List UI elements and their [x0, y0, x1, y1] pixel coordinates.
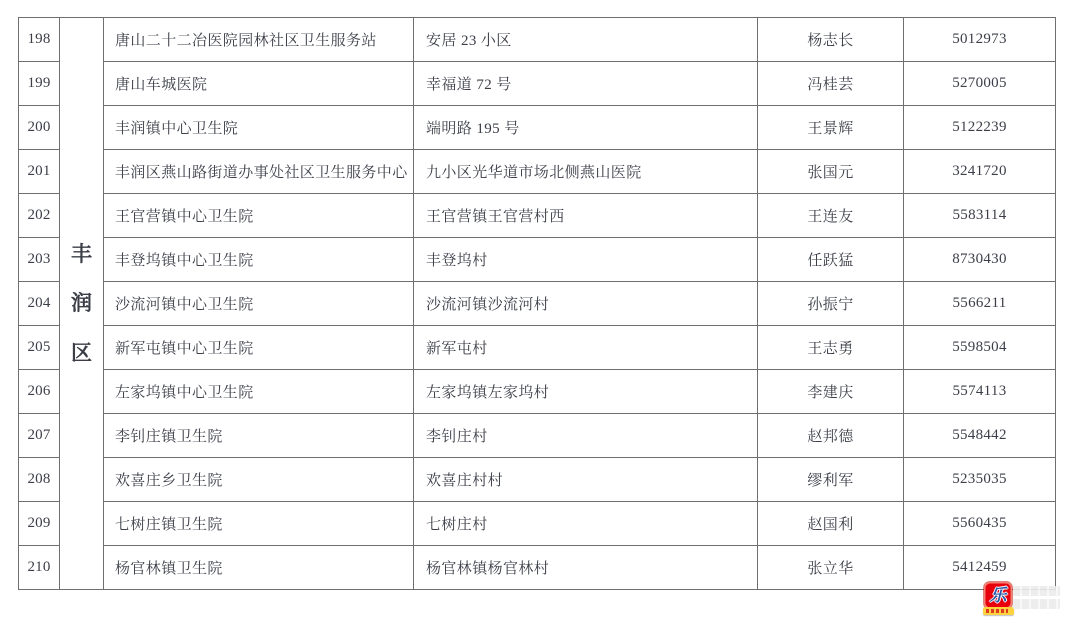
contact-cell: 张立华	[758, 546, 904, 590]
phone-cell: 5548442	[904, 414, 1056, 458]
table-row: 205新军屯镇中心卫生院新军屯村王志勇5598504	[19, 326, 1056, 370]
phone-cell: 5412459	[904, 546, 1056, 590]
phone-cell: 5598504	[904, 326, 1056, 370]
address-cell: 新军屯村	[414, 326, 758, 370]
table-row: 209七树庄镇卫生院七树庄村赵国利5560435	[19, 502, 1056, 546]
address-cell: 安居 23 小区	[414, 18, 758, 62]
row-index-cell: 201	[19, 150, 60, 194]
table-row: 198丰润区唐山二十二冶医院园林社区卫生服务站安居 23 小区杨志长501297…	[19, 18, 1056, 62]
district-merged-cell: 丰润区	[60, 18, 104, 590]
row-index-cell: 204	[19, 282, 60, 326]
table-row: 208欢喜庄乡卫生院欢喜庄村村缪利军5235035	[19, 458, 1056, 502]
institution-name-cell: 左家坞镇中心卫生院	[104, 370, 414, 414]
institution-name-cell: 王官营镇中心卫生院	[104, 194, 414, 238]
institution-name-cell: 沙流河镇中心卫生院	[104, 282, 414, 326]
contact-cell: 李建庆	[758, 370, 904, 414]
phone-cell: 3241720	[904, 150, 1056, 194]
row-index-cell: 207	[19, 414, 60, 458]
table-row: 199唐山车城医院幸福道 72 号冯桂芸5270005	[19, 62, 1056, 106]
address-cell: 李钊庄村	[414, 414, 758, 458]
institution-name-cell: 杨官林镇卫生院	[104, 546, 414, 590]
table-row: 204沙流河镇中心卫生院沙流河镇沙流河村孙振宁5566211	[19, 282, 1056, 326]
contact-cell: 赵国利	[758, 502, 904, 546]
phone-cell: 5012973	[904, 18, 1056, 62]
logo-yellow-banner	[983, 607, 1014, 615]
institution-name-cell: 丰润镇中心卫生院	[104, 106, 414, 150]
row-index-cell: 210	[19, 546, 60, 590]
address-cell: 幸福道 72 号	[414, 62, 758, 106]
table-row: 203丰登坞镇中心卫生院丰登坞村任跃猛8730430	[19, 238, 1056, 282]
row-index-cell: 199	[19, 62, 60, 106]
table-row: 201丰润区燕山路街道办事处社区卫生服务中心九小区光华道市场北侧燕山医院张国元3…	[19, 150, 1056, 194]
row-index-cell: 200	[19, 106, 60, 150]
logo-red-box: 乐	[984, 582, 1012, 609]
contact-cell: 缪利军	[758, 458, 904, 502]
row-index-cell: 198	[19, 18, 60, 62]
district-char: 丰	[71, 243, 92, 265]
health-institution-table: 198丰润区唐山二十二冶医院园林社区卫生服务站安居 23 小区杨志长501297…	[18, 17, 1056, 590]
district-char: 润	[71, 292, 92, 314]
contact-cell: 张国元	[758, 150, 904, 194]
row-index-cell: 206	[19, 370, 60, 414]
address-cell: 七树庄村	[414, 502, 758, 546]
institution-name-cell: 欢喜庄乡卫生院	[104, 458, 414, 502]
table-row: 200丰润镇中心卫生院端明路 195 号王景辉5122239	[19, 106, 1056, 150]
watermark-app-logo: 乐	[984, 582, 1012, 615]
phone-cell: 5574113	[904, 370, 1056, 414]
address-cell: 九小区光华道市场北侧燕山医院	[414, 150, 758, 194]
phone-cell: 5560435	[904, 502, 1056, 546]
table-row: 206左家坞镇中心卫生院左家坞镇左家坞村李建庆5574113	[19, 370, 1056, 414]
address-cell: 丰登坞村	[414, 238, 758, 282]
institution-name-cell: 七树庄镇卫生院	[104, 502, 414, 546]
address-cell: 王官营镇王官营村西	[414, 194, 758, 238]
institution-name-cell: 丰润区燕山路街道办事处社区卫生服务中心	[104, 150, 414, 194]
contact-cell: 杨志长	[758, 18, 904, 62]
table-row: 202王官营镇中心卫生院王官营镇王官营村西王连友5583114	[19, 194, 1056, 238]
institution-name-cell: 唐山二十二冶医院园林社区卫生服务站	[104, 18, 414, 62]
address-cell: 左家坞镇左家坞村	[414, 370, 758, 414]
faint-watermark-line	[1013, 586, 1060, 596]
contact-cell: 王志勇	[758, 326, 904, 370]
table-row: 207李钊庄镇卫生院李钊庄村赵邦德5548442	[19, 414, 1056, 458]
address-cell: 欢喜庄村村	[414, 458, 758, 502]
faint-watermark-line	[1013, 599, 1060, 609]
health-institution-table-wrap: 198丰润区唐山二十二冶医院园林社区卫生服务站安居 23 小区杨志长501297…	[18, 17, 1056, 590]
table-row: 210杨官林镇卫生院杨官林镇杨官林村张立华5412459	[19, 546, 1056, 590]
district-vertical-label: 丰润区	[60, 243, 103, 363]
row-index-cell: 202	[19, 194, 60, 238]
institution-name-cell: 李钊庄镇卫生院	[104, 414, 414, 458]
institution-name-cell: 新军屯镇中心卫生院	[104, 326, 414, 370]
phone-cell: 5583114	[904, 194, 1056, 238]
institution-name-cell: 丰登坞镇中心卫生院	[104, 238, 414, 282]
row-index-cell: 205	[19, 326, 60, 370]
row-index-cell: 209	[19, 502, 60, 546]
phone-cell: 8730430	[904, 238, 1056, 282]
contact-cell: 孙振宁	[758, 282, 904, 326]
phone-cell: 5270005	[904, 62, 1056, 106]
table-body: 198丰润区唐山二十二冶医院园林社区卫生服务站安居 23 小区杨志长501297…	[19, 18, 1056, 590]
institution-name-cell: 唐山车城医院	[104, 62, 414, 106]
row-index-cell: 203	[19, 238, 60, 282]
district-char: 区	[71, 342, 92, 364]
logo-le-glyph-icon: 乐	[990, 587, 1007, 604]
phone-cell: 5235035	[904, 458, 1056, 502]
phone-cell: 5122239	[904, 106, 1056, 150]
row-index-cell: 208	[19, 458, 60, 502]
contact-cell: 王连友	[758, 194, 904, 238]
contact-cell: 冯桂芸	[758, 62, 904, 106]
contact-cell: 赵邦德	[758, 414, 904, 458]
address-cell: 端明路 195 号	[414, 106, 758, 150]
address-cell: 杨官林镇杨官林村	[414, 546, 758, 590]
address-cell: 沙流河镇沙流河村	[414, 282, 758, 326]
contact-cell: 王景辉	[758, 106, 904, 150]
contact-cell: 任跃猛	[758, 238, 904, 282]
phone-cell: 5566211	[904, 282, 1056, 326]
